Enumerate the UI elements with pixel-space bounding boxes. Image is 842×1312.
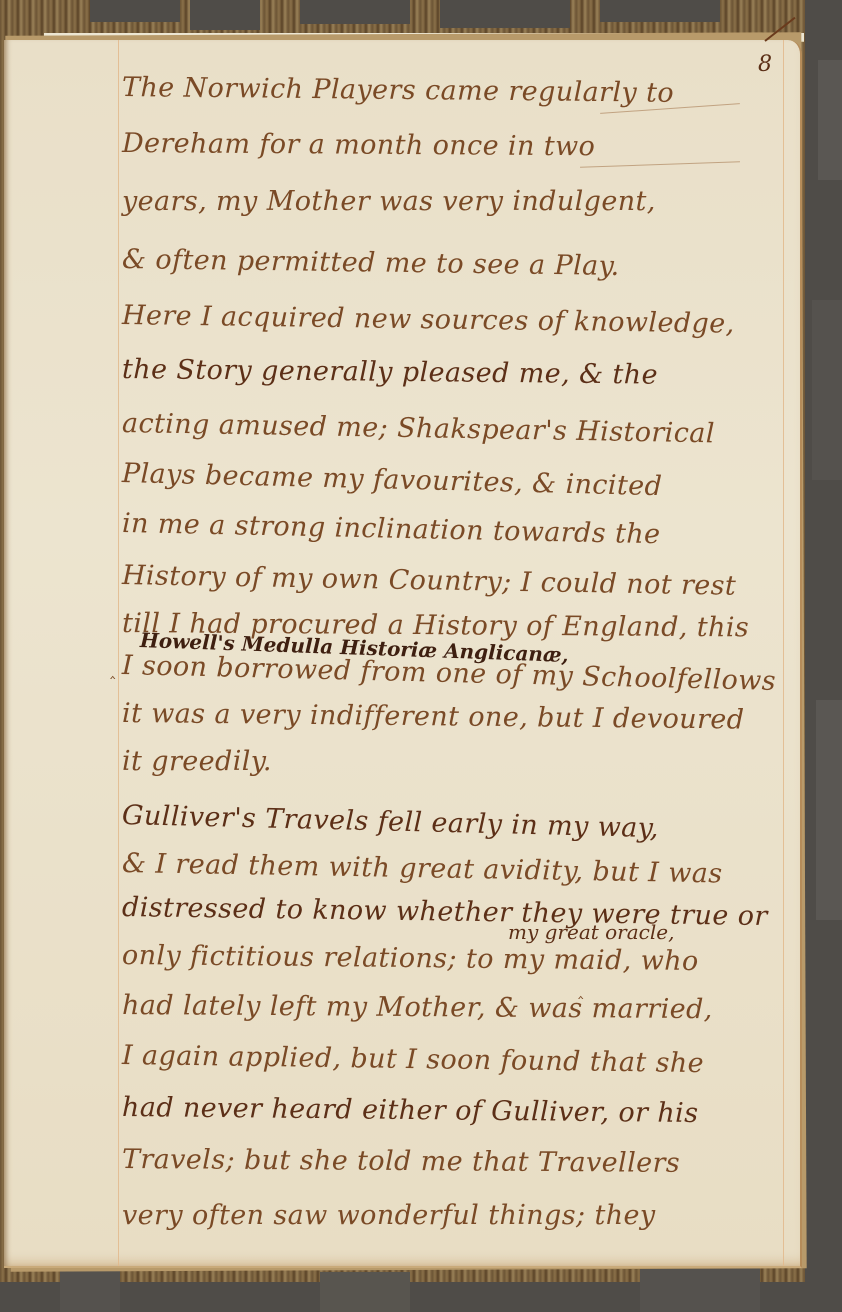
background-shape <box>818 60 842 180</box>
manuscript-line: it greedily. <box>122 746 272 777</box>
background-shape <box>190 0 260 30</box>
background-shape <box>440 0 570 28</box>
page-number: 8 <box>758 52 772 77</box>
manuscript-line: years, my Mother was very indulgent, <box>122 186 656 217</box>
left-margin-rule <box>118 40 119 1266</box>
background-shape <box>320 1272 410 1312</box>
manuscript-line: only fictitious relations; to my maid, w… <box>122 940 699 977</box>
manuscript-line: The Norwich Players came regularly to <box>122 72 674 109</box>
manuscript-line: had never heard either of Gulliver, or h… <box>122 1092 699 1129</box>
background-shape <box>300 0 410 24</box>
background-shape <box>640 1268 760 1312</box>
manuscript-insertion: my great oracle, <box>508 920 674 944</box>
background-shape <box>60 1270 120 1312</box>
background-shape <box>805 0 842 1312</box>
manuscript-line: had lately left my Mother, & was married… <box>122 990 713 1025</box>
manuscript-line: Dereham for a month once in two <box>122 128 595 162</box>
manuscript-line: very often saw wonderful things; they <box>122 1200 656 1231</box>
background-shape <box>90 0 180 22</box>
manuscript-line: Travels; but she told me that Travellers <box>122 1144 680 1179</box>
background-shape <box>600 0 720 22</box>
background-shape <box>816 700 842 920</box>
insertion-caret: ‸ <box>110 660 115 679</box>
background-shape <box>812 300 842 480</box>
manuscript-line: it was a very indifferent one, but I dev… <box>122 698 745 736</box>
right-margin-rule <box>783 40 784 1266</box>
manuscript-line: the Story generally pleased me, & the <box>122 354 658 391</box>
